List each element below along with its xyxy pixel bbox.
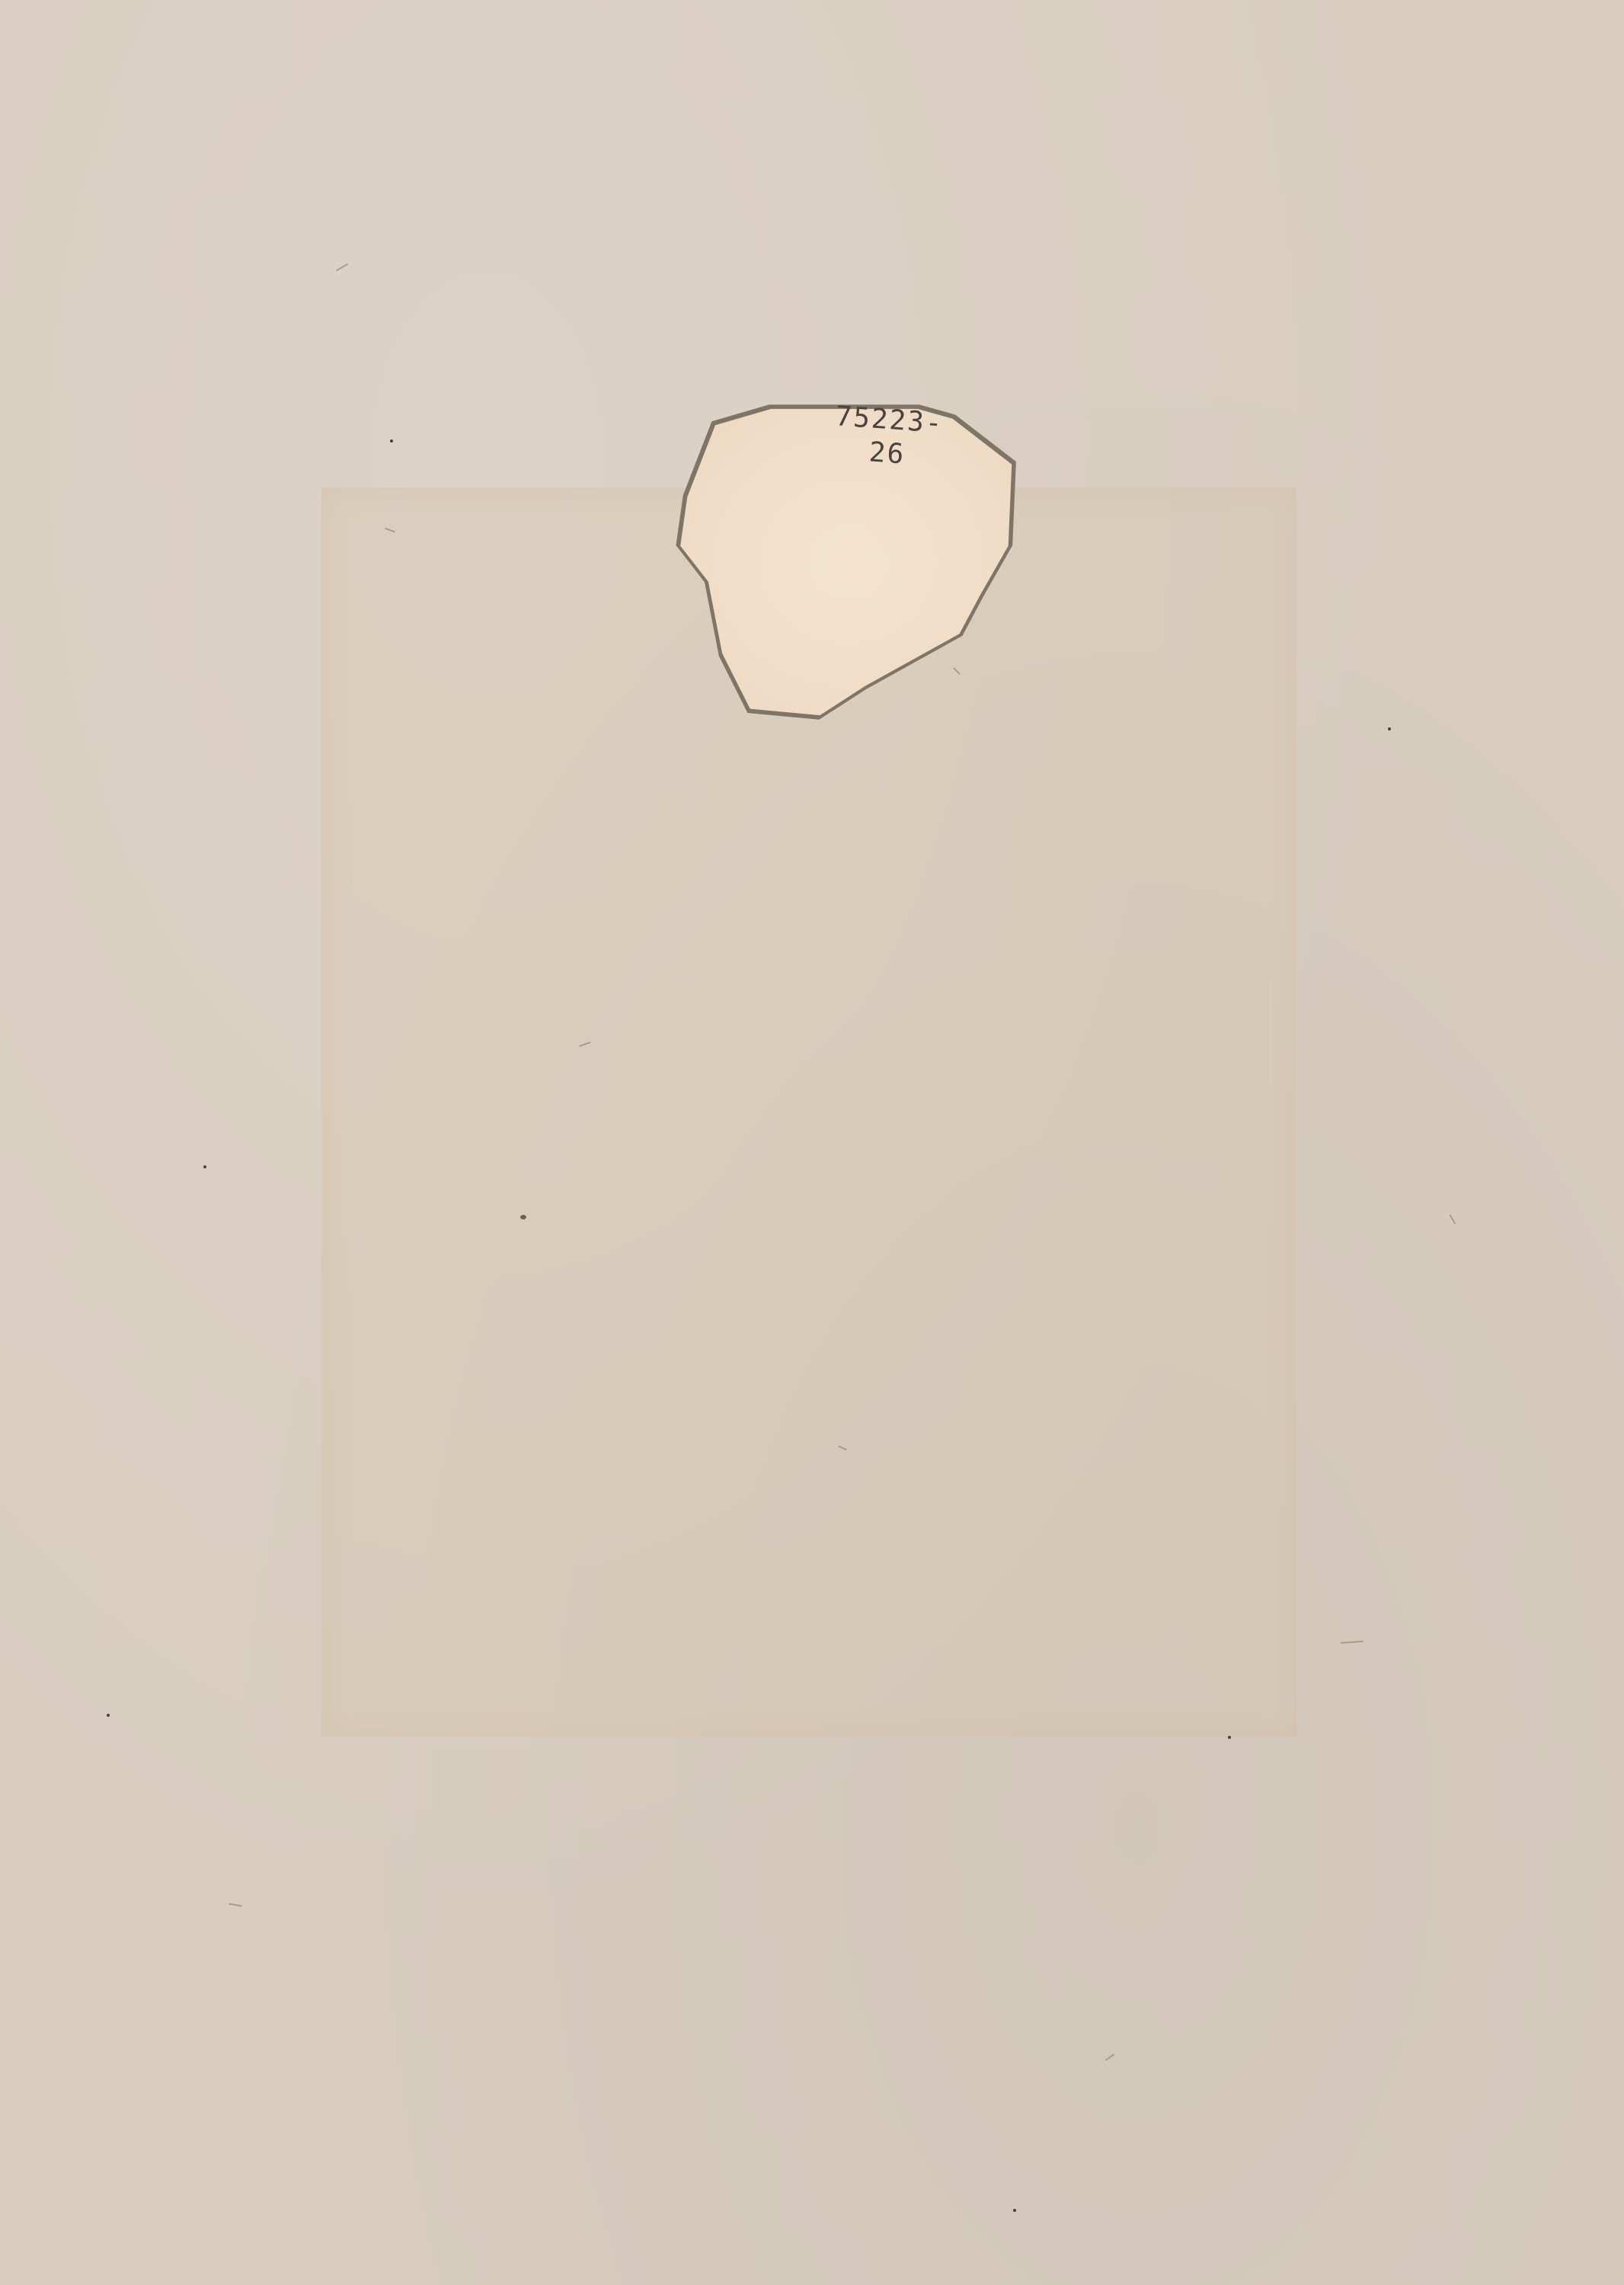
paper-fiber: [229, 1903, 242, 1906]
paper-speck: [1228, 1736, 1231, 1739]
paper-speck: [520, 1215, 526, 1219]
inventory-number-label: 75223- 26: [832, 400, 945, 475]
paper-speck: [203, 1165, 206, 1168]
paper-fiber: [336, 264, 349, 272]
paper-fiber: [1105, 2053, 1115, 2061]
paper-speck: [390, 439, 393, 443]
paper-speck: [107, 1714, 110, 1717]
paper-fiber: [1341, 1641, 1363, 1644]
paper-fiber: [1450, 1214, 1456, 1224]
paper-speck: [1013, 2209, 1016, 2212]
paper-sheet: 75223- 26: [0, 0, 1624, 2285]
paper-speck: [1388, 727, 1391, 730]
